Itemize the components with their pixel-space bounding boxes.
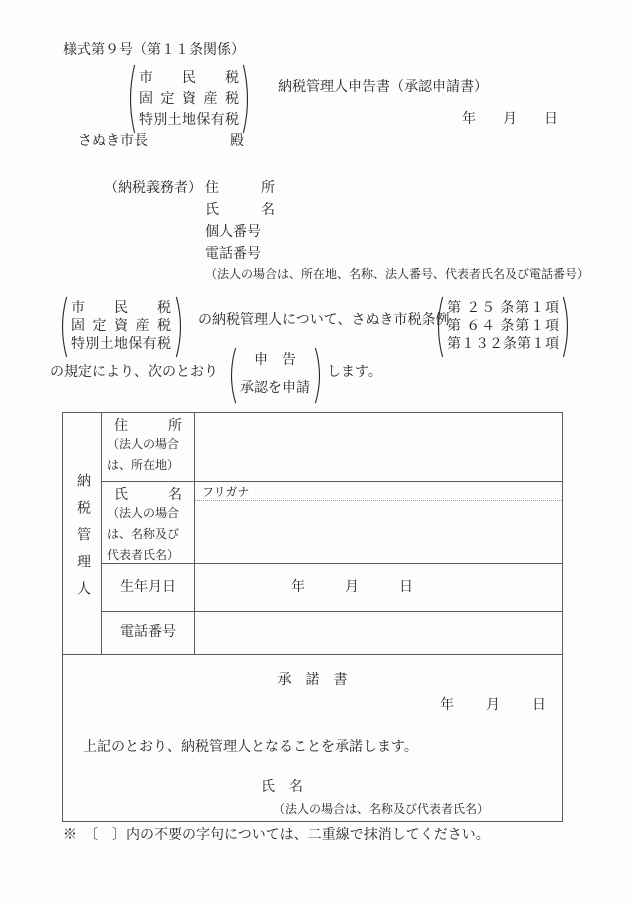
taxpayer-corporate-note: （法人の場合は、所在地、名称、法人番号、代表者氏名及び電話番号） — [205, 268, 589, 280]
name-label: 氏 名 — [114, 489, 182, 503]
name-value-cell[interactable]: フリガナ — [194, 481, 562, 563]
addressee-name: さぬき市長 — [78, 135, 148, 149]
name-note-line2: は、名称及び — [102, 524, 179, 545]
taxpayer-field-personal-number[interactable]: 個人番号 — [205, 226, 261, 240]
taxpayer-field-phone[interactable]: 電話番号 — [205, 248, 261, 262]
document-page: 様式第９号（第１１条関係） 市 民 税 固 定 資 産 税 特別土地保有税 納税… — [0, 0, 630, 903]
name-note-line1: （法人の場合 — [102, 503, 179, 524]
birthdate-label-cell: 生年月日 — [101, 563, 194, 611]
declaration-line2-prefix: の規定により、次のとおり — [50, 366, 218, 380]
left-paren-icon — [57, 296, 68, 358]
ordinance-clause-132: 第１３２条第１項 — [447, 336, 559, 354]
side-label-cell: 納税管理人 — [63, 413, 101, 654]
declaration-choice-list: 申 告 承認を申請 — [240, 352, 310, 398]
right-paren-icon — [242, 64, 253, 134]
consent-date[interactable]: 年 月 日 — [440, 699, 546, 713]
address-value-cell[interactable] — [194, 413, 562, 481]
declaration-text: の納税管理人について、さぬき市税条例 — [198, 314, 449, 328]
birthdate-value-cell[interactable]: 年 月 日 — [194, 563, 562, 611]
address-label: 住 所 — [114, 420, 182, 434]
consent-date-month: 月 — [486, 699, 500, 713]
tax-type-list-top: 市 民 税 固 定 資 産 税 特別土地保有税 — [139, 68, 239, 131]
footnote: ※ 〔 〕内の不要の字句については、二重線で抹消してください。 — [63, 829, 490, 843]
taxpayer-heading: （納税義務者） — [104, 182, 202, 196]
ordinance-clause-list: 第 ２５ 条第１項 第 ６４ 条第１項 第１３２条第１項 — [447, 300, 559, 354]
header-date[interactable]: 年 月 日 — [462, 113, 558, 127]
consent-sentence: 上記のとおり、納税管理人となることを承諾します。 — [83, 741, 418, 755]
address-label-cell: 住 所 （法人の場合 は、所在地） — [101, 413, 194, 481]
phone-value-cell[interactable] — [194, 611, 562, 654]
header-date-year: 年 — [462, 113, 476, 127]
consent-title: 承 諾 書 — [63, 674, 562, 688]
birthdate-month: 月 — [345, 581, 359, 595]
address-note-line2: は、所在地） — [102, 455, 179, 476]
consent-date-year: 年 — [440, 699, 454, 713]
tax-type-property: 固 定 資 産 税 — [139, 89, 239, 110]
declaration-line2-suffix: します。 — [327, 366, 382, 380]
consent-date-day: 日 — [532, 699, 546, 713]
consent-corporate-note: （法人の場合は、名称及び代表者氏名） — [273, 803, 489, 815]
taxpayer-field-name[interactable]: 氏 名 — [205, 204, 275, 218]
tax-type-list-body: 市 民 税 固 定 資 産 税 特別土地保有税 — [71, 300, 171, 354]
left-paren-icon — [125, 64, 136, 134]
left-paren-icon — [433, 296, 444, 358]
choice-apply-approval: 承認を申請 — [240, 380, 310, 398]
tax-type-resident: 市 民 税 — [71, 300, 171, 318]
tax-type-property: 固 定 資 産 税 — [71, 318, 171, 336]
ordinance-clause-25: 第 ２５ 条第１項 — [447, 300, 559, 318]
birthdate-day: 日 — [399, 581, 413, 595]
address-note-line1: （法人の場合 — [102, 434, 179, 455]
right-paren-icon — [562, 296, 573, 358]
phone-label-cell: 電話番号 — [101, 611, 194, 654]
tax-type-landholding: 特別土地保有税 — [71, 336, 171, 354]
birthdate-year: 年 — [291, 581, 305, 595]
page-title: 納税管理人申告書（承認申請書） — [278, 81, 488, 95]
name-label-cell: 氏 名 （法人の場合 は、名称及び 代表者氏名） — [101, 481, 194, 563]
right-paren-icon — [175, 296, 186, 358]
addressee-honorific: 殿 — [230, 135, 244, 149]
header-date-day: 日 — [544, 113, 558, 127]
consent-name-label[interactable]: 氏 名 — [261, 781, 303, 795]
form-number: 様式第９号（第１１条関係） — [63, 44, 245, 58]
ordinance-clause-64: 第 ６４ 条第１項 — [447, 318, 559, 336]
tax-manager-table: 納税管理人 住 所 （法人の場合 は、所在地） 氏 名 （法人の場合 は、名称及… — [62, 412, 563, 822]
choice-declare: 申 告 — [240, 352, 310, 370]
tax-type-resident: 市 民 税 — [139, 68, 239, 89]
side-label-tax-manager: 納税管理人 — [75, 460, 89, 608]
consent-section: 承 諾 書 年 月 日 上記のとおり、納税管理人となることを承諾します。 氏 名… — [63, 654, 562, 821]
left-paren-icon — [226, 347, 237, 404]
taxpayer-field-address[interactable]: 住 所 — [205, 182, 275, 196]
header-date-month: 月 — [503, 113, 517, 127]
phone-label: 電話番号 — [120, 626, 176, 640]
furigana-label: フリガナ — [195, 482, 562, 501]
right-paren-icon — [314, 347, 325, 404]
birthdate-label: 生年月日 — [120, 581, 176, 595]
tax-type-landholding: 特別土地保有税 — [139, 110, 239, 131]
